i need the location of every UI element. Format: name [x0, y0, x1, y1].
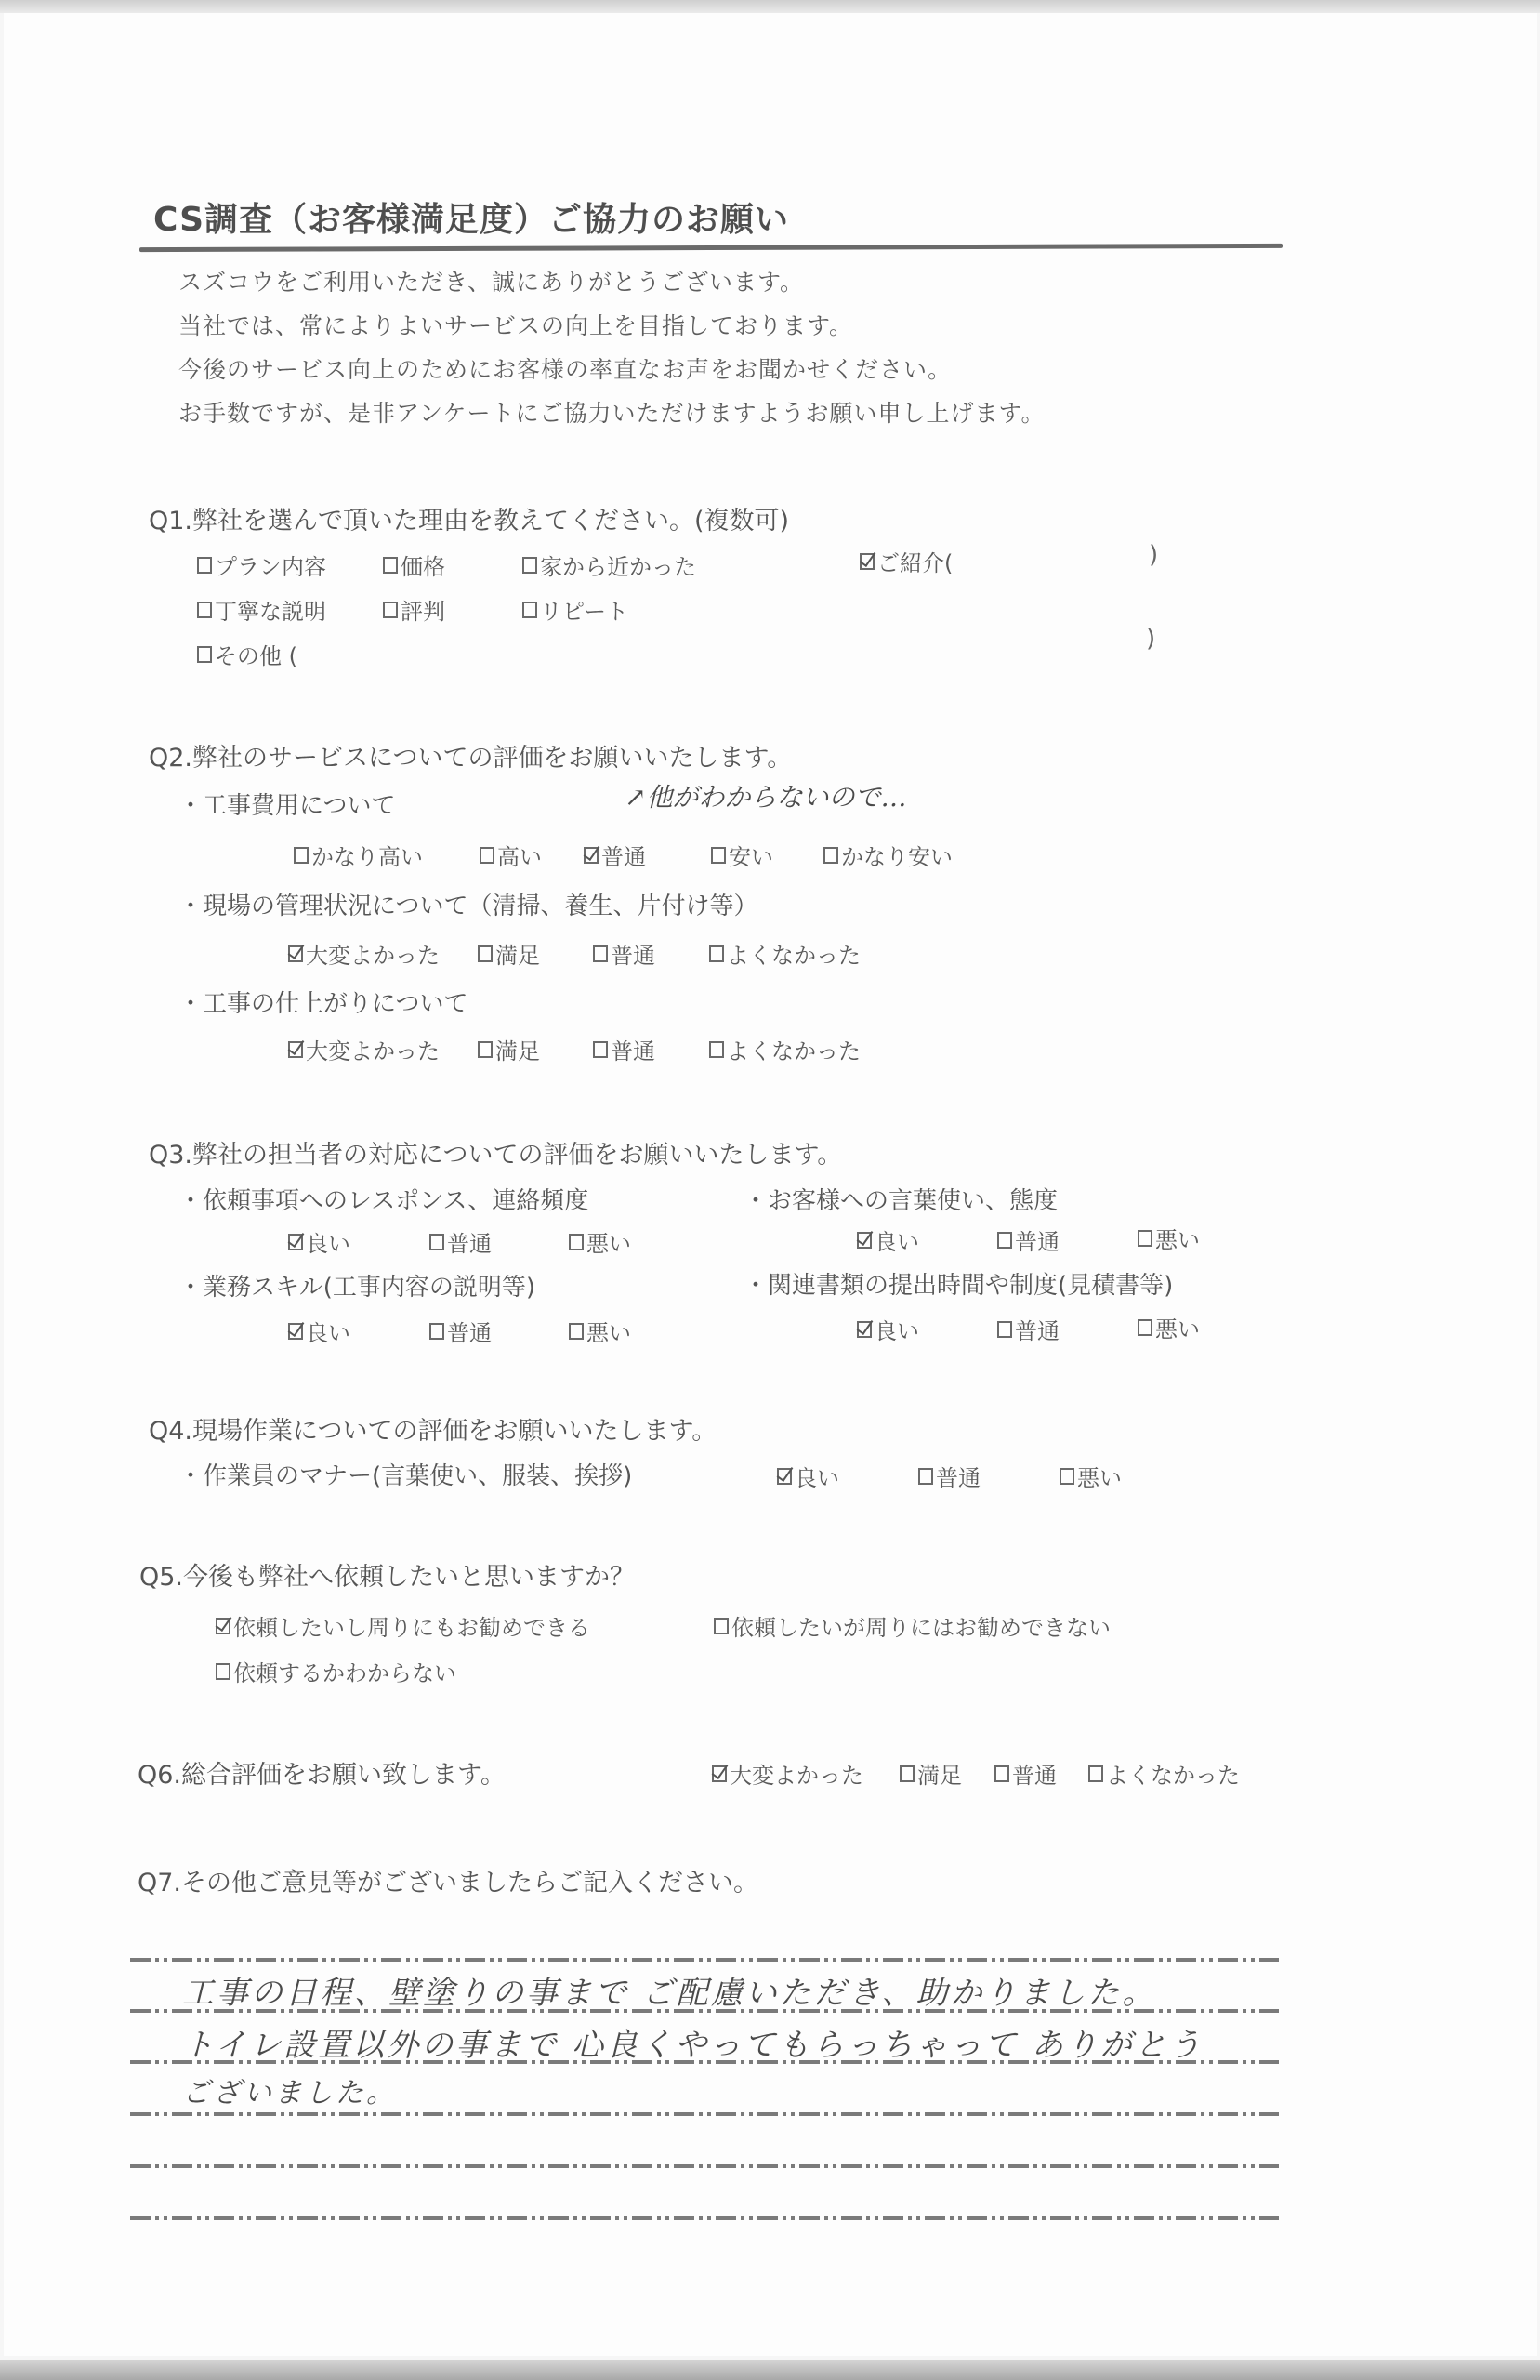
- q6-option[interactable]: よくなかった: [1088, 1757, 1240, 1790]
- q3-question: Q3.弊社の担当者の対応についての評価をお願いいたします。: [149, 1134, 842, 1170]
- q2-cost-option[interactable]: かなり高い: [294, 839, 423, 871]
- q6-option[interactable]: 満足: [900, 1757, 962, 1790]
- handwritten-note: ↗他がわからないので…: [625, 777, 906, 814]
- q2-site-option[interactable]: よくなかった: [709, 937, 861, 970]
- q2-finish-option[interactable]: よくなかった: [709, 1033, 861, 1065]
- q4-item-worker-manners: ・作業員のマナー(言葉使い、服装、挨拶): [178, 1457, 632, 1491]
- checkbox-icon[interactable]: [294, 847, 309, 864]
- q2-question: Q2.弊社のサービスについての評価をお願いいたします。: [149, 737, 792, 773]
- q1-option-price[interactable]: 価格: [383, 549, 445, 581]
- q2-cost-option[interactable]: かなり安い: [823, 839, 953, 871]
- comment-line: [130, 1958, 1279, 1962]
- q3-item-manners: ・お客様への言葉使い、態度: [744, 1182, 1058, 1216]
- q4-option[interactable]: 良い: [777, 1460, 839, 1492]
- comment-line: [130, 2060, 1279, 2064]
- q1-other-close-paren: ): [1146, 625, 1155, 653]
- q3-documents-option[interactable]: 普通: [997, 1313, 1060, 1345]
- checkbox-icon[interactable]: [480, 847, 494, 864]
- q3-skill-option[interactable]: 良い: [288, 1315, 350, 1347]
- q2-cost-option[interactable]: 安い: [711, 839, 773, 871]
- checkbox-icon[interactable]: [197, 557, 212, 574]
- checkbox-icon[interactable]: [714, 1618, 729, 1634]
- q3-manners-option[interactable]: 悪い: [1138, 1222, 1200, 1254]
- checkbox-icon[interactable]: [216, 1663, 230, 1680]
- q2-finish-option[interactable]: 普通: [593, 1033, 655, 1065]
- q3-item-response: ・依頼事項へのレスポンス、連絡頻度: [178, 1182, 588, 1216]
- checkbox-icon[interactable]: [197, 602, 212, 618]
- q2-cost-option[interactable]: 普通: [584, 839, 646, 871]
- q7-question: Q7.その他ご意見等がございましたらご記入ください。: [138, 1862, 758, 1898]
- q1-option-plan[interactable]: プラン内容: [197, 549, 326, 581]
- checkbox-checked-icon[interactable]: [860, 553, 875, 570]
- checkbox-checked-icon[interactable]: [288, 1041, 303, 1058]
- q3-response-option[interactable]: 普通: [429, 1225, 492, 1258]
- q3-manners-option[interactable]: 普通: [997, 1223, 1060, 1256]
- checkbox-checked-icon[interactable]: [288, 945, 303, 962]
- q1-option-other[interactable]: その他 (: [197, 638, 297, 670]
- checkbox-checked-icon[interactable]: [288, 1323, 303, 1340]
- comment-line: [130, 2112, 1279, 2116]
- checkbox-icon[interactable]: [900, 1765, 915, 1782]
- comment-line: [130, 2009, 1279, 2013]
- checkbox-icon[interactable]: [997, 1232, 1012, 1249]
- checkbox-icon[interactable]: [918, 1468, 933, 1485]
- q3-item-documents: ・関連書類の提出時間や制度(見積書等): [744, 1266, 1173, 1301]
- q2-site-option[interactable]: 大変よかった: [288, 937, 440, 970]
- comment-text[interactable]: 工事の日程、壁塗りの事まで ご配慮いただき、助かりました。: [182, 1967, 1156, 2013]
- q4-option[interactable]: 悪い: [1060, 1460, 1122, 1492]
- checkbox-icon[interactable]: [569, 1323, 584, 1340]
- q3-skill-option[interactable]: 普通: [429, 1315, 492, 1347]
- q5-option-recommend[interactable]: 依頼したいし周りにもお勧めできる: [216, 1609, 590, 1642]
- q4-option[interactable]: 普通: [918, 1460, 981, 1492]
- intro-line: お手数ですが、是非アンケートにご協力いただけますようお願い申し上げます。: [178, 395, 1046, 429]
- checkbox-icon[interactable]: [1060, 1468, 1074, 1485]
- q2-item-cost: ・工事費用について: [178, 787, 395, 821]
- q3-documents-option[interactable]: 良い: [857, 1313, 919, 1345]
- checkbox-checked-icon[interactable]: [857, 1232, 872, 1249]
- intro-line: 今後のサービス向上のためにお客様の率直なお声をお聞かせください。: [178, 351, 952, 385]
- q1-option-repeat[interactable]: リピート: [522, 593, 628, 626]
- checkbox-icon[interactable]: [1088, 1765, 1103, 1782]
- comment-text[interactable]: ございました。: [182, 2069, 397, 2110]
- q5-option-unsure[interactable]: 依頼するかわからない: [216, 1655, 456, 1687]
- scan-top-edge: [0, 0, 1540, 13]
- checkbox-checked-icon[interactable]: [712, 1765, 727, 1782]
- checkbox-checked-icon[interactable]: [777, 1468, 792, 1485]
- checkbox-icon[interactable]: [569, 1234, 584, 1250]
- q2-finish-option[interactable]: 満足: [478, 1033, 540, 1065]
- checkbox-icon[interactable]: [429, 1234, 444, 1250]
- checkbox-icon[interactable]: [711, 847, 726, 864]
- checkbox-checked-icon[interactable]: [216, 1618, 230, 1634]
- checkbox-checked-icon[interactable]: [584, 847, 599, 864]
- q6-option[interactable]: 大変よかった: [712, 1757, 863, 1790]
- q3-skill-option[interactable]: 悪い: [569, 1315, 631, 1347]
- q1-referral-close-paren: ): [1149, 541, 1158, 569]
- q4-question: Q4.現場作業についての評価をお願いいたします。: [149, 1410, 717, 1447]
- checkbox-icon[interactable]: [383, 557, 398, 574]
- q3-response-option[interactable]: 悪い: [569, 1225, 631, 1258]
- comment-text[interactable]: トイレ設置以外の事まで 心良くやってもらっちゃって ありがとう: [182, 2019, 1204, 2065]
- q3-item-skill: ・業務スキル(工事内容の説明等): [178, 1268, 535, 1302]
- checkbox-icon[interactable]: [197, 646, 212, 663]
- checkbox-icon[interactable]: [997, 1321, 1012, 1338]
- checkbox-icon[interactable]: [478, 945, 493, 962]
- checkbox-icon[interactable]: [1138, 1319, 1152, 1336]
- q2-item-finish: ・工事の仕上がりについて: [178, 985, 467, 1019]
- q2-item-site-management: ・現場の管理状況について（清掃、養生、片付け等）: [178, 887, 757, 921]
- q3-response-option[interactable]: 良い: [288, 1225, 350, 1258]
- checkbox-icon[interactable]: [383, 602, 398, 618]
- q2-site-option[interactable]: 満足: [478, 937, 540, 970]
- checkbox-icon[interactable]: [593, 1041, 608, 1058]
- comment-line: [130, 2216, 1279, 2220]
- checkbox-icon[interactable]: [478, 1041, 493, 1058]
- q1-option-polite-explanation[interactable]: 丁寧な説明: [197, 593, 326, 626]
- q3-manners-option[interactable]: 良い: [857, 1223, 919, 1256]
- q2-cost-option[interactable]: 高い: [480, 839, 542, 871]
- scan-bottom-edge: [0, 2360, 1540, 2380]
- checkbox-checked-icon[interactable]: [857, 1321, 872, 1338]
- q1-question: Q1.弊社を選んで頂いた理由を教えてください。(複数可): [149, 500, 789, 536]
- q6-option[interactable]: 普通: [994, 1757, 1057, 1790]
- intro-line: 当社では、常によりよいサービスの向上を目指しております。: [178, 308, 853, 341]
- q3-documents-option[interactable]: 悪い: [1138, 1311, 1200, 1343]
- checkbox-icon[interactable]: [522, 557, 537, 574]
- q5-option-not-recommend[interactable]: 依頼したいが周りにはお勧めできない: [714, 1609, 1111, 1642]
- checkbox-icon[interactable]: [429, 1323, 444, 1340]
- q1-option-referral[interactable]: ご紹介(: [860, 545, 953, 577]
- comment-line: [130, 2164, 1279, 2168]
- checkbox-icon[interactable]: [709, 1041, 724, 1058]
- q2-site-option[interactable]: 普通: [593, 937, 655, 970]
- page-title: CS調査（お客様満足度）ご協力のお願い: [153, 193, 789, 241]
- checkbox-icon[interactable]: [994, 1765, 1009, 1782]
- checkbox-checked-icon[interactable]: [288, 1234, 303, 1250]
- q5-question: Q5.今後も弊社へ依頼したいと思いますか？: [139, 1556, 635, 1593]
- checkbox-icon[interactable]: [823, 847, 838, 864]
- intro-line: スズコウをご利用いただき、誠にありがとうございます。: [178, 264, 804, 297]
- checkbox-icon[interactable]: [593, 945, 608, 962]
- checkbox-icon[interactable]: [1138, 1230, 1152, 1247]
- checkbox-icon[interactable]: [709, 945, 724, 962]
- q6-question: Q6.総合評価をお願い致します。: [138, 1754, 506, 1791]
- q1-option-near-home[interactable]: 家から近かった: [522, 549, 696, 581]
- q1-option-reputation[interactable]: 評判: [383, 593, 445, 626]
- checkbox-icon[interactable]: [522, 602, 537, 618]
- q2-finish-option[interactable]: 大変よかった: [288, 1033, 440, 1065]
